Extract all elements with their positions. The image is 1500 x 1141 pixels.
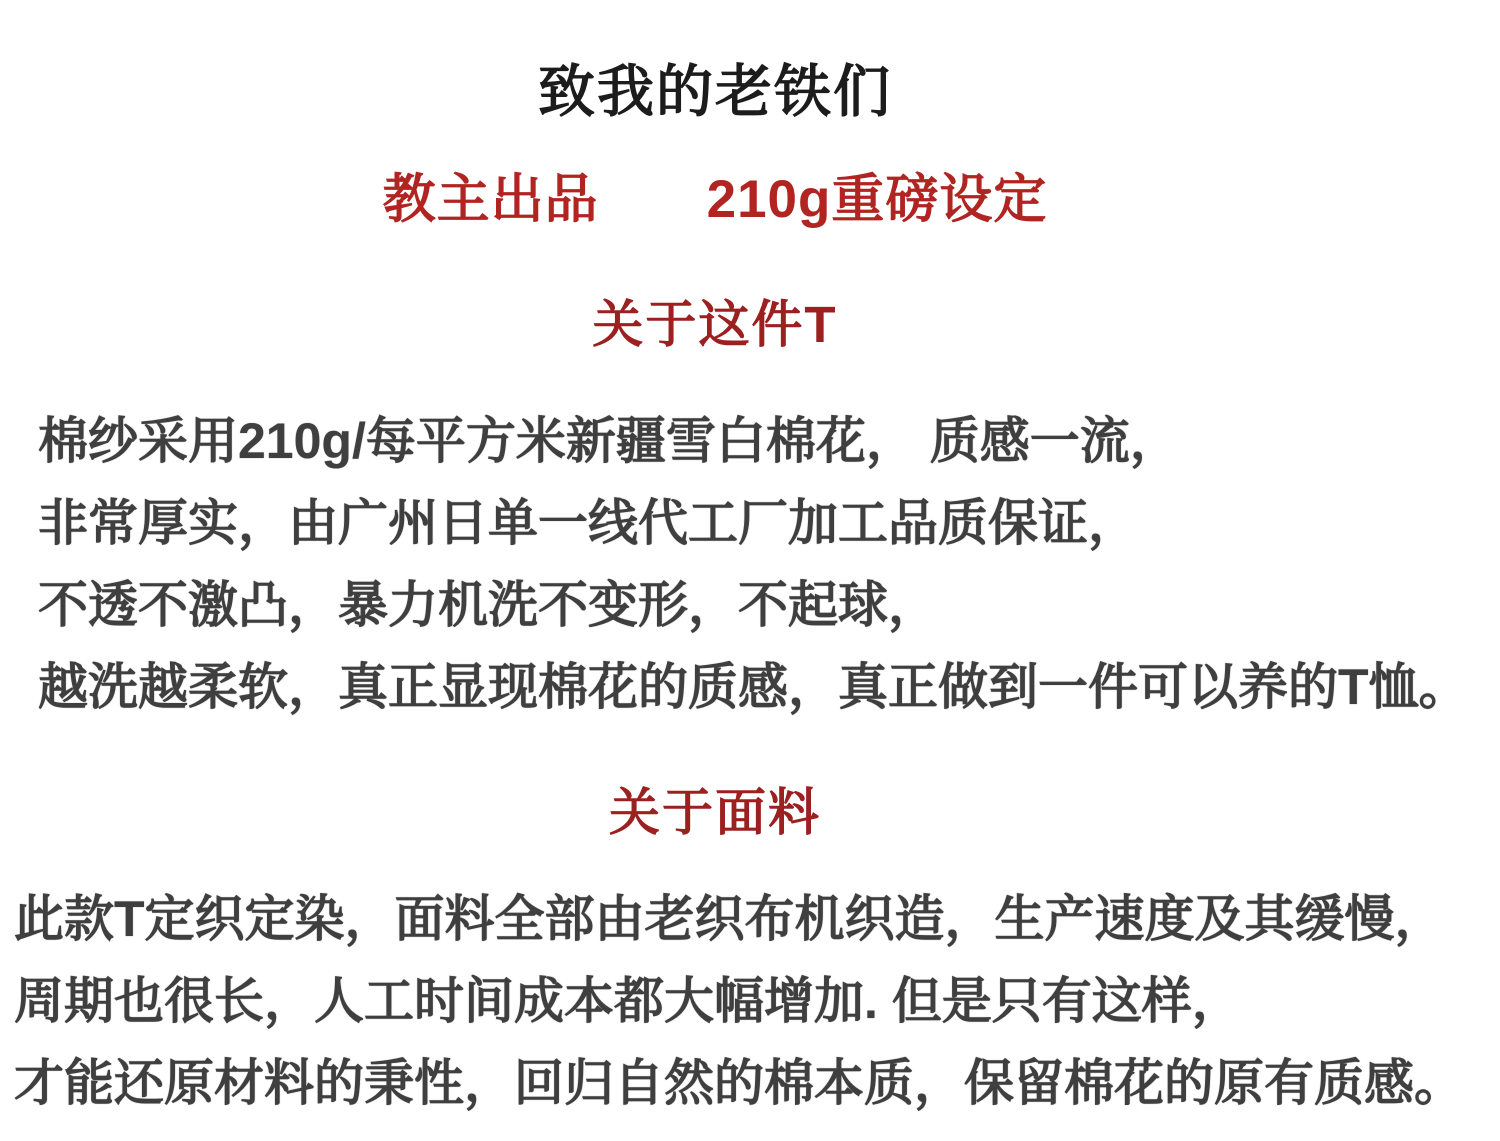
paragraph-about-fabric: 此款T定织定染，面料全部由老织布机织造，生产速度及其缓慢， 周期也很长，人工时间… bbox=[14, 878, 1430, 1124]
section-heading-about-fabric: 关于面料 bbox=[0, 782, 1430, 844]
text-line: 非常厚实，由广州日单一线代工厂加工品质保证， bbox=[38, 482, 1430, 564]
text-line: 周期也很长，人工时间成本都大幅增加. 但是只有这样， bbox=[14, 960, 1430, 1042]
page-subtitle: 教主出品 210g重磅设定 bbox=[0, 168, 1430, 232]
paragraph-about-tee: 棉纱采用210g/每平方米新疆雪白棉花， 质感一流， 非常厚实，由广州日单一线代… bbox=[38, 400, 1430, 728]
page-title: 致我的老铁们 bbox=[0, 56, 1430, 128]
text-line: 才能还原材料的秉性，回归自然的棉本质，保留棉花的原有质感。 bbox=[14, 1042, 1430, 1124]
section-about-tee: 关于这件T 棉纱采用210g/每平方米新疆雪白棉花， 质感一流， 非常厚实，由广… bbox=[0, 294, 1430, 728]
section-about-fabric: 关于面料 此款T定织定染，面料全部由老织布机织造，生产速度及其缓慢， 周期也很长… bbox=[0, 782, 1430, 1124]
product-description: 致我的老铁们 教主出品 210g重磅设定 关于这件T 棉纱采用210g/每平方米… bbox=[0, 56, 1430, 1124]
text-line: 越洗越柔软，真正显现棉花的质感，真正做到一件可以养的T恤。 bbox=[38, 646, 1430, 728]
section-heading-about-tee: 关于这件T bbox=[0, 294, 1430, 356]
text-line: 棉纱采用210g/每平方米新疆雪白棉花， 质感一流， bbox=[38, 400, 1430, 482]
text-line: 此款T定织定染，面料全部由老织布机织造，生产速度及其缓慢， bbox=[14, 878, 1430, 960]
text-line: 不透不激凸，暴力机洗不变形，不起球， bbox=[38, 564, 1430, 646]
